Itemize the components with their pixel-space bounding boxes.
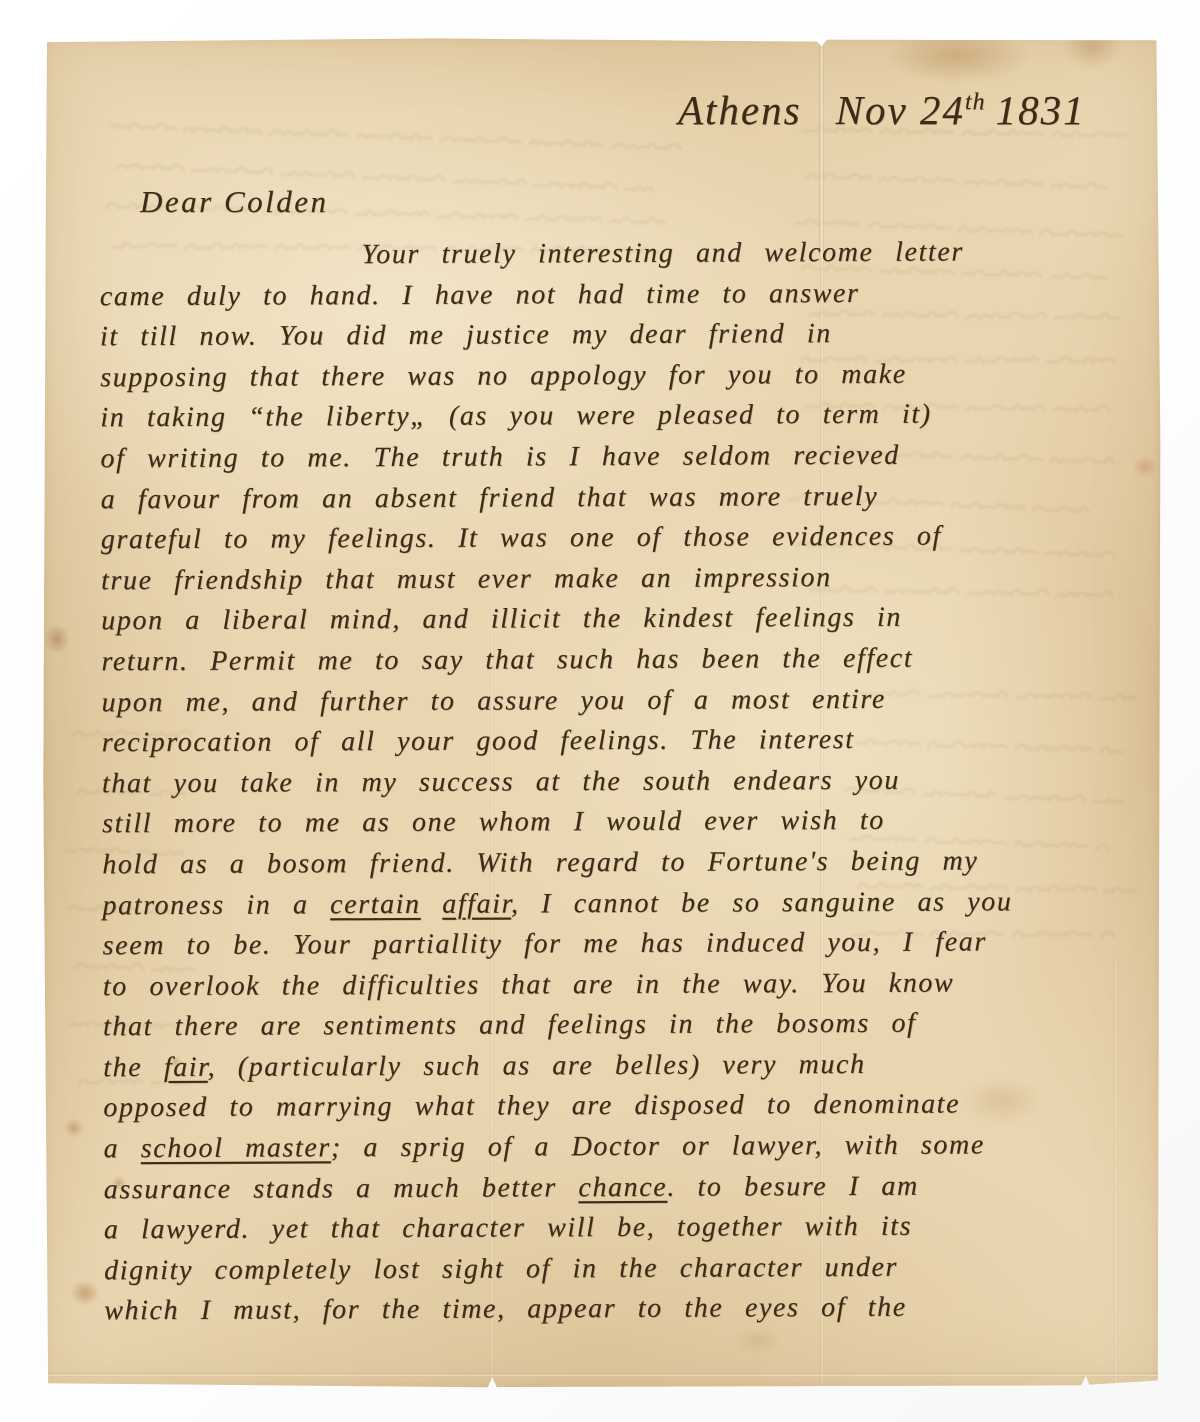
letter-text-segment: which I must, for the time, appear to th…	[104, 1292, 907, 1327]
dateline-ordinal: th	[965, 89, 986, 115]
foxing-stain	[70, 1280, 100, 1306]
letter-text-segment: assurance stands a much better	[104, 1172, 579, 1205]
letter-line: upon me, and further to assure you of a …	[101, 678, 1141, 723]
letter-body: Your truely interesting and welcome lett…	[100, 232, 1145, 1363]
dateline-place: Athens	[678, 87, 802, 133]
letter-line: which I must, for the time, appear to th…	[104, 1287, 1144, 1332]
letter-line: that you take in my success at the south…	[102, 759, 1142, 804]
letter-text-segment: Your truely interesting and welcome lett…	[362, 237, 964, 271]
letter-line: return. Permit me to say that such has b…	[101, 638, 1141, 683]
letter-line: seem to be. Your partiallity for me has …	[103, 922, 1143, 967]
horizontal-fold-crease	[42, 1373, 1162, 1377]
letter-text-segment: patroness in a	[102, 889, 330, 921]
letter-text-segment: came duly to hand. I have not had time t…	[100, 278, 860, 312]
letter-text-segment: it till now. You did me justice my dear …	[100, 318, 832, 352]
dateline: AthensNov 24th1831	[678, 86, 1086, 134]
letter-line: that there are sentiments and feelings i…	[103, 1003, 1143, 1048]
letter-text-segment: reciprocation of all your good feelings.…	[102, 724, 855, 758]
foxing-stain	[882, 28, 1032, 84]
scan-background: AthensNov 24th1831 Dear Colden Your true…	[0, 0, 1200, 1422]
underlined-phrase: fair	[164, 1052, 208, 1083]
foxing-stain	[1062, 22, 1122, 70]
letter-text-segment: opposed to marrying what they are dispos…	[103, 1089, 960, 1124]
letter-text-segment: upon me, and further to assure you of a …	[102, 683, 886, 717]
letter-text-segment: to overlook the difficulties that are in…	[103, 967, 955, 1002]
letter-text-segment: return. Permit me to say that such has b…	[101, 643, 913, 678]
letter-line: grateful to my feelings. It was one of t…	[101, 516, 1141, 561]
letter-text-segment: , (particularly such as are belles) very…	[207, 1049, 865, 1083]
letter-line: of writing to me. The truth is I have se…	[100, 435, 1140, 480]
letter-line: to overlook the difficulties that are in…	[103, 962, 1143, 1007]
letter-line: it till now. You did me justice my dear …	[100, 313, 1140, 358]
letter-line: dignity completely lost sight of in the …	[104, 1247, 1144, 1292]
letter-text-segment: , I cannot be so sanguine as you	[511, 886, 1013, 919]
letter-line: opposed to marrying what they are dispos…	[103, 1084, 1143, 1129]
letter-text-segment: that there are sentiments and feelings i…	[103, 1008, 917, 1043]
letter-text-segment: seem to be. Your partiallity for me has …	[103, 927, 987, 962]
underlined-phrase: affair	[442, 888, 511, 919]
salutation: Dear Colden	[140, 184, 329, 220]
letter-text-segment: hold as a bosom friend. With regard to F…	[102, 845, 978, 880]
letter-line: still more to me as one whom I would eve…	[102, 800, 1142, 845]
letter-text-segment: of writing to me. The truth is I have se…	[100, 440, 899, 474]
letter-line: a lawyerd. yet that character will be, t…	[104, 1206, 1144, 1251]
letter-text-segment: grateful to my feelings. It was one of t…	[101, 521, 942, 556]
underlined-phrase: chance	[578, 1171, 667, 1202]
letter-line: a school master; a sprig of a Doctor or …	[103, 1125, 1143, 1170]
letter-line: supposing that there was no appology for…	[100, 354, 1140, 399]
letter-text-segment: upon a liberal mind, and illicit the kin…	[101, 602, 902, 636]
dateline-year: 1831	[996, 87, 1086, 133]
letter-line: hold as a bosom friend. With regard to F…	[102, 841, 1142, 886]
underlined-phrase: certain	[330, 888, 421, 919]
letter-line: the fair, (particularly such as are bell…	[103, 1044, 1143, 1089]
foxing-stain	[64, 1118, 84, 1138]
dateline-month-day: Nov 24	[836, 87, 965, 133]
letter-text-segment: true friendship that must ever make an i…	[101, 562, 832, 596]
letter-text-segment: dignity completely lost sight of in the …	[104, 1252, 898, 1286]
letter-text-segment: a lawyerd. yet that character will be, t…	[104, 1211, 912, 1246]
letter-text-segment: that you take in my success at the south…	[102, 765, 900, 799]
underlined-phrase: school master	[141, 1132, 331, 1164]
letter-line: patroness in a certain affair, I cannot …	[102, 881, 1142, 926]
letter-text-segment: the	[103, 1052, 164, 1083]
letter-text-segment: in taking “the liberty„ (as you were ple…	[100, 399, 932, 434]
foxing-stain	[44, 624, 70, 654]
letter-text-segment: still more to me as one whom I would eve…	[102, 805, 885, 839]
letter-line: a favour from an absent friend that was …	[101, 475, 1141, 520]
letter-line: true friendship that must ever make an i…	[101, 556, 1141, 601]
letter-text-segment: a favour from an absent friend that was …	[101, 480, 879, 514]
letter-line: upon a liberal mind, and illicit the kin…	[101, 597, 1141, 642]
letter-text-segment	[421, 888, 443, 919]
letter-text-segment: a	[103, 1133, 140, 1164]
letter-line: came duly to hand. I have not had time t…	[100, 272, 1140, 317]
letter-line: in taking “the liberty„ (as you were ple…	[100, 394, 1140, 439]
letter-text-segment: supposing that there was no appology for…	[100, 359, 907, 394]
letter-line: assurance stands a much better chance. t…	[104, 1165, 1144, 1210]
letter-line: Your truely interesting and welcome lett…	[100, 232, 1140, 277]
letter-text-segment: . to besure I am	[667, 1170, 919, 1202]
letter-line: reciprocation of all your good feelings.…	[102, 719, 1142, 764]
letter-text-segment: ; a sprig of a Doctor or lawyer, with so…	[331, 1129, 985, 1163]
letter-sheet: AthensNov 24th1831 Dear Colden Your true…	[42, 36, 1162, 1390]
